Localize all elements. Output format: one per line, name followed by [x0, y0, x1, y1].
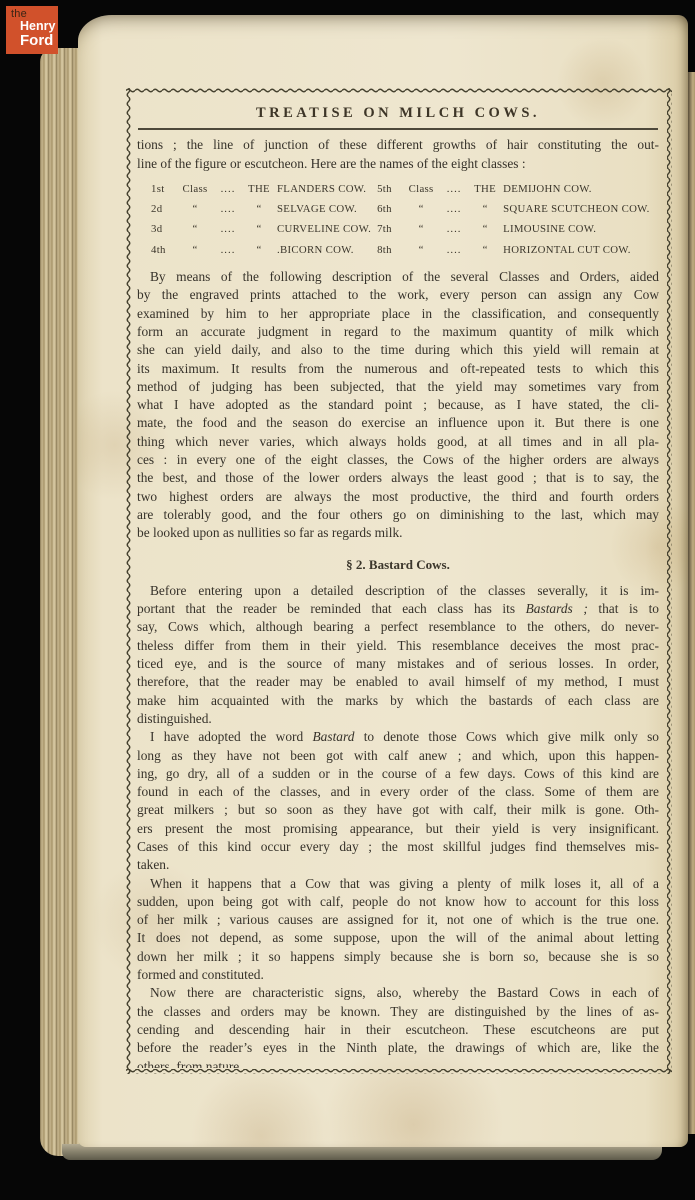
page-content: TREATISE ON MILCH COWS. tions ; the line… [137, 97, 659, 1068]
class-name: .BICORN COW. [277, 244, 354, 256]
text-line: down her milk ; it so happens simply bec… [137, 948, 659, 966]
text-line: portant that the reader be reminded that… [137, 600, 659, 618]
text-line: its maximum. It results from the numerou… [137, 360, 659, 378]
text-line: formed and constituted. [137, 966, 659, 984]
class-name: CURVELINE COW. [277, 223, 371, 235]
class-name: LIMOUSINE COW. [503, 223, 596, 235]
class-row: 4th“....“.BICORN COW. [151, 241, 377, 259]
text-line: taken. [137, 856, 659, 874]
text-line: by the engraved prints attached to the w… [137, 286, 659, 304]
text-line: others, from nature. [137, 1058, 659, 1068]
text-line: are tolerably good, and the four others … [137, 506, 659, 524]
class-ditto: “ [401, 241, 441, 259]
class-ordinal: 5th [377, 180, 401, 198]
class-dots: .... [215, 220, 241, 238]
class-the: THE [241, 180, 277, 198]
text-line: line of the figure or escutcheon. Here a… [137, 155, 659, 173]
text-line: cending and descending hair in their esc… [137, 1021, 659, 1039]
text-line: method of judging has been subjected, th… [137, 378, 659, 396]
class-dots: .... [215, 180, 241, 198]
class-dots: .... [441, 180, 467, 198]
class-row: 3d“....“CURVELINE COW. [151, 220, 377, 238]
class-name: DEMIJOHN COW. [503, 183, 592, 195]
section-heading: § 2. Bastard Cows. [137, 556, 659, 574]
text-line: great milkers ; but so soon as they have… [137, 801, 659, 819]
text-line: ticed eye, and is the source of many mis… [137, 655, 659, 673]
paragraph-characteristic-signs: Now there are characteristic signs, also… [137, 984, 659, 1068]
class-ordinal: 2d [151, 200, 175, 218]
class-row: 7th“....“LIMOUSINE COW. [377, 220, 659, 238]
class-list-right-column: 5thClass....THEDEMIJOHN COW. 6th“....“SQ… [377, 180, 659, 259]
class-ordinal: 6th [377, 200, 401, 218]
class-word: Class [175, 180, 215, 198]
intro-paragraph: tions ; the line of junction of these di… [137, 136, 659, 173]
class-ditto: “ [401, 200, 441, 218]
logo-henry-text: Henry [20, 19, 55, 33]
class-ditto: “ [241, 200, 277, 218]
text-line: mate, the food and the season do exercis… [137, 414, 659, 432]
text-line: found in each of the classes, and in eve… [137, 783, 659, 801]
text-line: I have adopted the word Bastard to denot… [137, 728, 659, 746]
class-row: 5thClass....THEDEMIJOHN COW. [377, 180, 659, 198]
class-ditto: “ [175, 200, 215, 218]
text-line: she can yield daily, and also to the tim… [137, 341, 659, 359]
class-ordinal: 4th [151, 241, 175, 259]
text-line: ces : in every one of the eight classes,… [137, 451, 659, 469]
class-dots: .... [215, 241, 241, 259]
class-ditto: “ [175, 241, 215, 259]
class-ordinal: 3d [151, 220, 175, 238]
text-line: before the reader’s eyes in the Ninth pl… [137, 1039, 659, 1057]
text-line: tions ; the line of junction of these di… [137, 136, 659, 154]
class-row: 2d“....“SELVAGE COW. [151, 200, 377, 218]
class-row: 6th“....“SQUARE SCUTCHEON COW. [377, 200, 659, 218]
class-ditto: “ [241, 220, 277, 238]
class-name: SELVAGE COW. [277, 203, 357, 215]
text-line: the classes and orders may be known. The… [137, 1003, 659, 1021]
class-ordinal: 7th [377, 220, 401, 238]
text-line: two highest orders are always the most p… [137, 488, 659, 506]
facing-page-edge [688, 72, 695, 1134]
text-line: long as they have not been got with calf… [137, 747, 659, 765]
text-line: It does not depend, as some suppose, upo… [137, 929, 659, 947]
text-line: sudden, upon being got with calf, people… [137, 893, 659, 911]
class-dots: .... [215, 200, 241, 218]
henry-ford-logo: the Henry Ford [6, 6, 58, 54]
class-ditto: “ [467, 220, 503, 238]
text-line: form an accurate judgment in regard to t… [137, 323, 659, 341]
text-line: theless differ from them in their yield.… [137, 637, 659, 655]
class-ditto: “ [467, 200, 503, 218]
class-ordinal: 1st [151, 180, 175, 198]
screenshot-root: { "branding": { "logo_the": "the", "logo… [0, 0, 695, 1200]
text-line: By means of the following description of… [137, 268, 659, 286]
text-line: When it happens that a Cow that was givi… [137, 875, 659, 893]
text-line: what I have adopted as the standard poin… [137, 396, 659, 414]
paragraph-by-means: By means of the following description of… [137, 268, 659, 542]
class-dots: .... [441, 200, 467, 218]
text-line: ing, go dry, all of a sudden or in the c… [137, 765, 659, 783]
text-line: the best, and those of the lower orders … [137, 469, 659, 487]
class-name: FLANDERS COW. [277, 183, 366, 195]
paragraph-adopted-word: I have adopted the word Bastard to denot… [137, 728, 659, 874]
text-line: thing which never varies, which always h… [137, 433, 659, 451]
class-the: THE [467, 180, 503, 198]
class-list: 1stClass....THEFLANDERS COW. 2d“....“SEL… [137, 180, 659, 259]
class-word: Class [401, 180, 441, 198]
class-dots: .... [441, 241, 467, 259]
class-ditto: “ [467, 241, 503, 259]
text-line: say, Cows which, although bearing a perf… [137, 618, 659, 636]
text-line: be looked upon as nullities so far as re… [137, 524, 659, 542]
paragraph-when-it-happens: When it happens that a Cow that was givi… [137, 875, 659, 985]
text-line: ers present the most promising appearanc… [137, 820, 659, 838]
logo-ford-text: Ford [20, 32, 53, 49]
class-ditto: “ [241, 241, 277, 259]
page-text-frame: TREATISE ON MILCH COWS. tions ; the line… [126, 88, 672, 1074]
text-line: Now there are characteristic signs, also… [137, 984, 659, 1002]
text-line: distinguished. [137, 710, 659, 728]
text-line: Cases of this kind occur every day ; the… [137, 838, 659, 856]
class-row: 1stClass....THEFLANDERS COW. [151, 180, 377, 198]
class-ditto: “ [175, 220, 215, 238]
text-line: of her milk ; various causes are assigne… [137, 911, 659, 929]
text-line: Before entering upon a detailed descript… [137, 582, 659, 600]
class-dots: .... [441, 220, 467, 238]
class-ditto: “ [401, 220, 441, 238]
class-list-left-column: 1stClass....THEFLANDERS COW. 2d“....“SEL… [137, 180, 377, 259]
class-name: HORIZONTAL CUT COW. [503, 244, 631, 256]
class-name: SQUARE SCUTCHEON COW. [503, 203, 650, 215]
text-line: make him acquainted with the marks by wh… [137, 692, 659, 710]
text-line: examined by him to her appropriate place… [137, 305, 659, 323]
class-ordinal: 8th [377, 241, 401, 259]
paragraph-before-entering: Before entering upon a detailed descript… [137, 582, 659, 728]
header-rule [138, 128, 658, 130]
running-head: TREATISE ON MILCH COWS. [137, 104, 659, 122]
class-row: 8th“....“HORIZONTAL CUT COW. [377, 241, 659, 259]
text-line: therefore, that the reader may be enable… [137, 673, 659, 691]
